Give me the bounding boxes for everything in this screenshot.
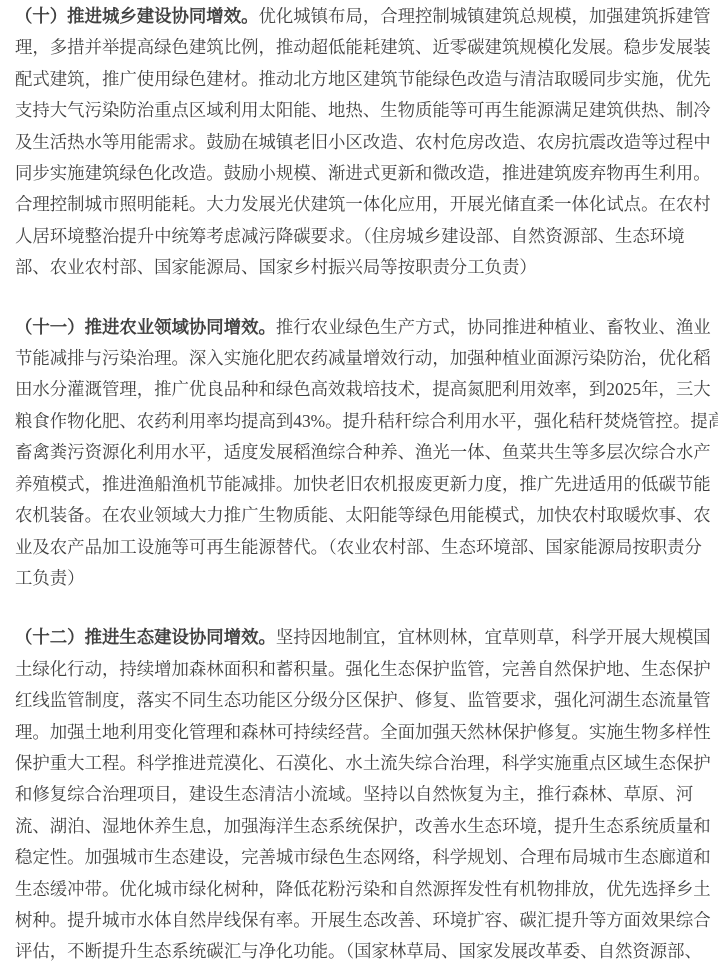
- paragraph-section-11: （十一）推进农业领域协同增效。推行农业绿色生产方式，协同推进种植业、畜牧业、渔业…: [15, 312, 718, 595]
- document-page: { "page": { "background_color": "#ffffff…: [0, 0, 726, 969]
- paragraph-body: 理，多措并举提高绿色建筑比例，推动超低能耗建筑、近零碳建筑规模化发展。稳步发展装…: [15, 32, 718, 283]
- paragraph-text: 推行农业绿色生产方式，协同推进种植业、畜牧业、渔业: [276, 317, 711, 337]
- paragraph-first-line: （十二）推进生态建设协同增效。坚持因地制宜，宜林则林，宜草则草，科学开展大规模国: [15, 622, 718, 653]
- paragraph-heading: （十一）推进农业领域协同增效。: [15, 317, 276, 337]
- paragraph-text: 坚持因地制宜，宜林则林，宜草则草，科学开展大规模国: [276, 627, 711, 647]
- paragraph-first-line: （十一）推进农业领域协同增效。推行农业绿色生产方式，协同推进种植业、畜牧业、渔业: [15, 312, 718, 343]
- paragraph-section-10: （十）推进城乡建设协同增效。优化城镇布局，合理控制城镇建筑总规模，加强建筑拆建管…: [15, 1, 718, 284]
- policy-document: （十）推进城乡建设协同增效。优化城镇布局，合理控制城镇建筑总规模，加强建筑拆建管…: [0, 0, 726, 969]
- paragraph-text: 优化城镇布局，合理控制城镇建筑总规模，加强建筑拆建管: [258, 6, 710, 26]
- paragraph-body: 土绿化行动，持续增加森林面积和蓄积量。强化生态保护监管，完善自然保护地、生态保护…: [15, 654, 718, 968]
- paragraph-heading: （十二）推进生态建设协同增效。: [15, 627, 276, 647]
- paragraph-heading: （十）推进城乡建设协同增效。: [15, 6, 258, 26]
- paragraph-body: 节能减排与污染治理。深入实施化肥农药减量增效行动，加强种植业面源污染防治，优化稻…: [15, 343, 718, 594]
- paragraph-first-line: （十）推进城乡建设协同增效。优化城镇布局，合理控制城镇建筑总规模，加强建筑拆建管: [15, 1, 718, 32]
- paragraph-section-12: （十二）推进生态建设协同增效。坚持因地制宜，宜林则林，宜草则草，科学开展大规模国…: [15, 622, 718, 967]
